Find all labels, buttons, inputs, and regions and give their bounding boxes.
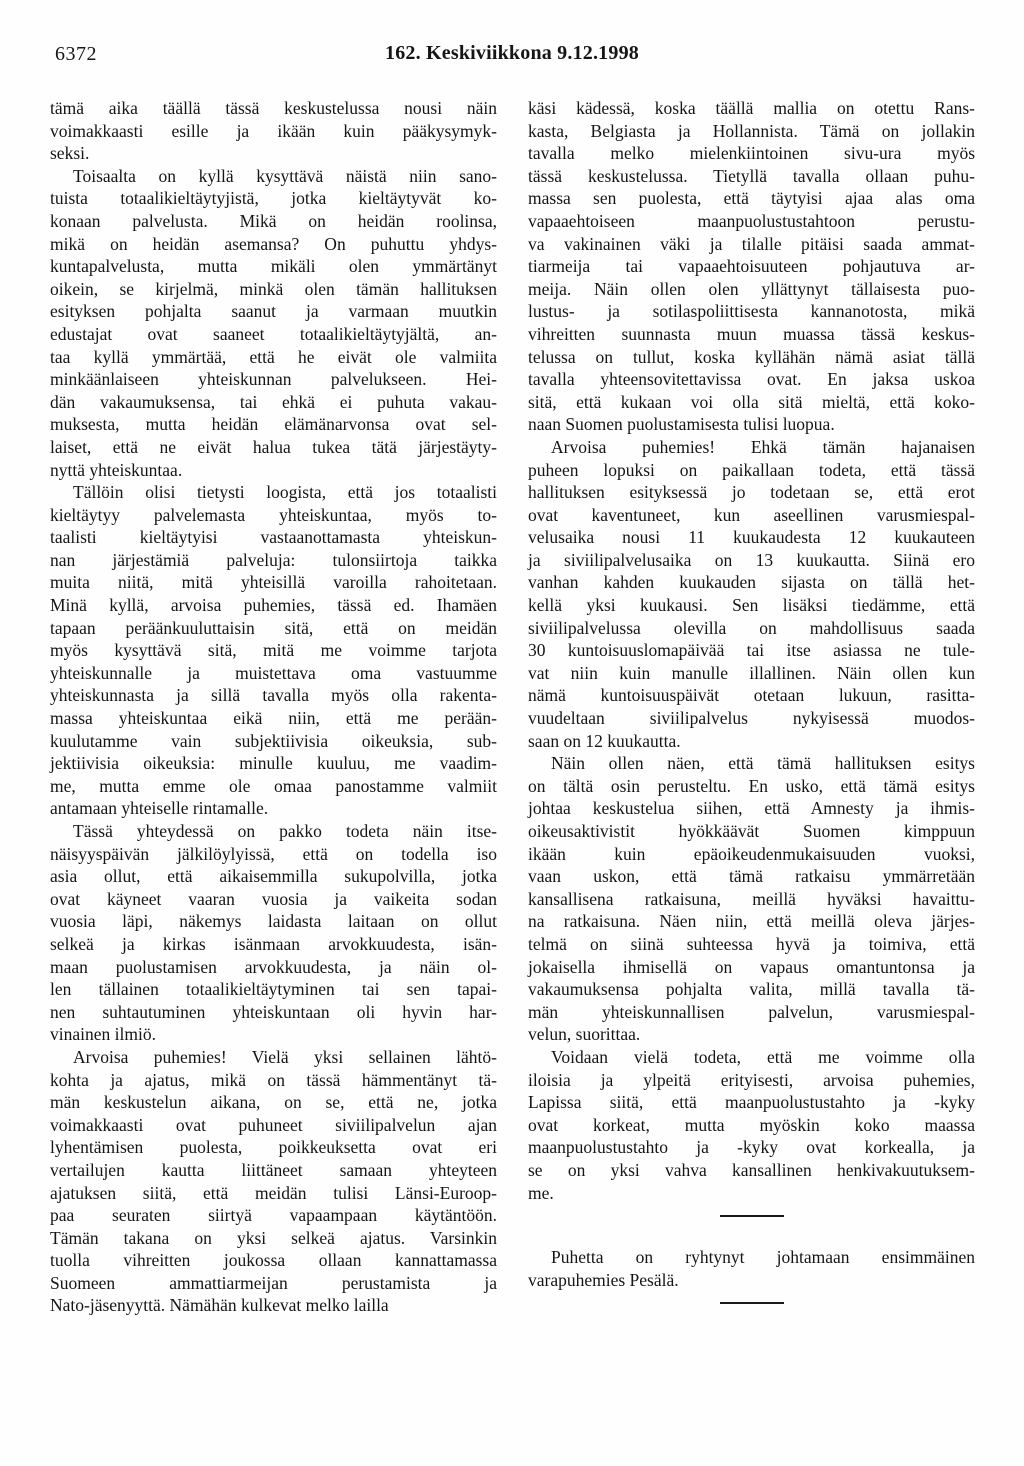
text-line: kellä yksi kuukausi. Sen lisäksi tiedämm… — [528, 594, 975, 617]
text-line: jokaisella ihmisellä on vapaus omantunto… — [528, 956, 975, 979]
text-line: taa kyllä ymmärtää, että he eivät ole va… — [50, 346, 497, 369]
text-line: massa yhteiskuntaa eikä niin, että me pe… — [50, 707, 497, 730]
left-text-column: tämä aika täällä tässä keskustelussa nou… — [50, 97, 497, 1317]
speech-paragraph: Voidaan vielä todeta, että me voimme oll… — [528, 1046, 975, 1204]
text-line: kieltäytyy palvelemasta yhteiskuntaa, my… — [50, 504, 497, 527]
text-line: konaan palvelusta. Mikä on heidän roolin… — [50, 210, 497, 233]
text-line: sitä, että kukaan voi olla sitä mieltä, … — [528, 391, 975, 414]
text-line: naan Suomen puolustamisesta tulisi luopu… — [528, 413, 975, 436]
text-line: yhteiskunnasta ja sillä tavalla myös oll… — [50, 684, 497, 707]
text-line: oikeusaktivistit hyökkäävät Suomen kimpp… — [528, 820, 975, 843]
text-line: maan puolustamisen arvokkuudesta, ja näi… — [50, 956, 497, 979]
document-page: 6372 162. Keskiviikkona 9.12.1998 tämä a… — [0, 0, 1024, 1466]
text-line: Lapissa siitä, että maanpuolustustahto j… — [528, 1091, 975, 1114]
text-line: tässä keskustelussa. Tietyllä tavalla ol… — [528, 165, 975, 188]
text-line: näisyyspäivän jälkilöylyissä, että on to… — [50, 843, 497, 866]
page-number: 6372 — [55, 43, 97, 66]
text-line: ikään kuin epäoikeudenmukaisuuden vuoksi… — [528, 843, 975, 866]
text-line: nan järjestämiä palveluja: tulonsiirtoja… — [50, 549, 497, 572]
text-line: meija. Näin ollen olen yllättynyt tällai… — [528, 278, 975, 301]
text-line: muita niitä, mitä yhteisillä varoilla ra… — [50, 571, 497, 594]
text-line: vanhan kahden kuukauden sijasta on tällä… — [528, 571, 975, 594]
text-line: lustus- ja sotilaspoliittisesta kannanot… — [528, 300, 975, 323]
text-line: ovat kaventuneet, kun aseellinen varusmi… — [528, 504, 975, 527]
text-line: kuulutamme vain subjektiivisia oikeuksia… — [50, 730, 497, 753]
text-line: on tältä osin perusteltu. En usko, että … — [528, 775, 975, 798]
divider-line — [720, 1215, 784, 1217]
text-line: vinainen ilmiö. — [50, 1023, 497, 1046]
text-line: kuntapalvelusta, mutta mikäli olen ymmär… — [50, 255, 497, 278]
text-line: kansallisena ratkaisuna, meillä hyväksi … — [528, 888, 975, 911]
text-line: Tässä yhteydessä on pakko todeta näin it… — [50, 820, 497, 843]
text-line: tiarmeija tai vapaaehtoisuuteen pohjautu… — [528, 255, 975, 278]
speech-paragraph: Toisaalta on kyllä kysyttävä näistä niin… — [50, 165, 497, 481]
text-line: nämä kuntoisuuspäivät otetaan lukuun, ra… — [528, 684, 975, 707]
text-line: asia ollut, että aikaisemmilla sukupolvi… — [50, 865, 497, 888]
text-line: kohta ja ajatus, mikä on tässä hämmentän… — [50, 1069, 497, 1092]
text-line: oikein, se kirjelmä, minkä olen tämän ha… — [50, 278, 497, 301]
text-line: vuosia läpi, näkemys laidasta laitaan on… — [50, 910, 497, 933]
text-line: massa sen puolesta, että täytyisi ajaa a… — [528, 187, 975, 210]
text-line: antamaan yhteiselle rintamalle. — [50, 797, 497, 820]
text-line: na ratkaisuna. Näen niin, että meillä ol… — [528, 910, 975, 933]
text-line: muksesta, mutta heidän elämänarvonsa ova… — [50, 413, 497, 436]
text-line: maanpuolustustahto ja -kyky ovat korkeal… — [528, 1136, 975, 1159]
text-line: Näin ollen näen, että tämä hallituksen e… — [528, 752, 975, 775]
text-line: johtaa keskustelua siihen, että Amnesty … — [528, 797, 975, 820]
text-line: tavalla melko mielenkiintoinen sivu-ura … — [528, 142, 975, 165]
speech-paragraph: käsi kädessä, koska täällä mallia on ote… — [528, 97, 975, 436]
text-line: edustajat ovat saaneet totaalikieltäytyj… — [50, 323, 497, 346]
text-line: käsi kädessä, koska täällä mallia on ote… — [528, 97, 975, 120]
text-line: vihreitten suunnasta muun muassa tässä k… — [528, 323, 975, 346]
text-line: esityksen pohjalta saanut ja varmaan muu… — [50, 300, 497, 323]
right-text-column: käsi kädessä, koska täällä mallia on ote… — [528, 97, 975, 1317]
text-line: vertailujen kautta liittäneet samaan yht… — [50, 1159, 497, 1182]
text-line: tavalla yhteensovitettavissa ovat. En ja… — [528, 368, 975, 391]
text-columns: tämä aika täällä tässä keskustelussa nou… — [50, 97, 975, 1317]
text-line: Arvoisa puhemies! Vielä yksi sellainen l… — [50, 1046, 497, 1069]
text-line: laiset, että ne eivät halua tukea tätä j… — [50, 436, 497, 459]
text-line: taalisti kieltäytyisi vastaanottamasta y… — [50, 526, 497, 549]
text-line: 30 kuntoisuuslomapäivää tai itse asiassa… — [528, 639, 975, 662]
text-line: saan on 12 kuukautta. — [528, 730, 975, 753]
text-line: Minä kyllä, arvoisa puhemies, tässä ed. … — [50, 594, 497, 617]
text-line: varapuhemies Pesälä. — [528, 1269, 975, 1292]
text-line: velun, suorittaa. — [528, 1023, 975, 1046]
page-header: 6372 162. Keskiviikkona 9.12.1998 — [0, 42, 1024, 68]
text-line: vat niin kuin manulle illallinen. Näin o… — [528, 662, 975, 685]
section-divider — [528, 1297, 975, 1309]
speech-paragraph: Tässä yhteydessä on pakko todeta näin it… — [50, 820, 497, 1046]
speech-paragraph: Näin ollen näen, että tämä hallituksen e… — [528, 752, 975, 1046]
text-line: len tällainen totaalikieltäytyminen tai … — [50, 978, 497, 1001]
divider-line — [720, 1302, 784, 1304]
text-line: minkäänlaiseen yhteiskunnan palvelukseen… — [50, 368, 497, 391]
text-line: voimakkaasti esille ja ikään kuin pääkys… — [50, 120, 497, 143]
chair-announcement: Puhetta on ryhtynyt johtamaan ensimmäine… — [528, 1246, 975, 1291]
text-line: telmä on siinä suhteessa hyvä ja toimiva… — [528, 933, 975, 956]
text-line: seksi. — [50, 142, 497, 165]
text-line: vapaaehtoiseen maanpuolustustahtoon peru… — [528, 210, 975, 233]
text-line: puheen lopuksi on paikallaan todeta, ett… — [528, 459, 975, 482]
text-line: yhteiskunnalle ja muistettava oma vastuu… — [50, 662, 497, 685]
text-line: vuudeltaan siviilipalvelus nykyisessä mu… — [528, 707, 975, 730]
text-line: tuolla vihreitten joukossa ollaan kannat… — [50, 1249, 497, 1272]
text-line: kasta, Belgiasta ja Hollannista. Tämä on… — [528, 120, 975, 143]
text-line: voimakkaasti ovat puhuneet siviilipalvel… — [50, 1114, 497, 1137]
speech-paragraph: Tällöin olisi tietysti loogista, että jo… — [50, 481, 497, 820]
text-line: ajatuksen siitä, että meidän tulisi Läns… — [50, 1182, 497, 1205]
text-line: vakaumuksensa pohjalta valita, millä tav… — [528, 978, 975, 1001]
section-divider — [528, 1210, 975, 1222]
text-line: ovat käyneet vaaran vuosia ja vaikeita s… — [50, 888, 497, 911]
speech-paragraph: tämä aika täällä tässä keskustelussa nou… — [50, 97, 497, 165]
text-line: selkeä ja kirkas isänmaan arvokkuudesta,… — [50, 933, 497, 956]
text-line: ovat korkeat, mutta myöskin koko maassa — [528, 1114, 975, 1137]
text-line: Arvoisa puhemies! Ehkä tämän hajanaisen — [528, 436, 975, 459]
text-line: myös kysyttävä sitä, mitä me voimme tarj… — [50, 639, 497, 662]
text-line: jektiivisia oikeuksia: minulle kuuluu, m… — [50, 752, 497, 775]
text-line: vaan uskon, että tämä ratkaisu ymmärretä… — [528, 865, 975, 888]
text-line: nen suhtautuminen yhteiskuntaan oli hyvi… — [50, 1001, 497, 1024]
text-line: va vakinainen väki ja tilalle pitäisi sa… — [528, 233, 975, 256]
text-line: Voidaan vielä todeta, että me voimme oll… — [528, 1046, 975, 1069]
text-line: Puhetta on ryhtynyt johtamaan ensimmäine… — [528, 1246, 975, 1269]
text-line: Tällöin olisi tietysti loogista, että jo… — [50, 481, 497, 504]
text-line: hallituksen esityksessä jo todetaan se, … — [528, 481, 975, 504]
text-line: lyhentämisen puolesta, poikkeuksetta ova… — [50, 1136, 497, 1159]
text-line: män keskustelun aikana, on se, että ne, … — [50, 1091, 497, 1114]
text-line: Toisaalta on kyllä kysyttävä näistä niin… — [50, 165, 497, 188]
text-line: ja siviilipalvelusaika on 13 kuukautta. … — [528, 549, 975, 572]
text-line: telussa on tullut, koska kyllähän nämä a… — [528, 346, 975, 369]
session-title: 162. Keskiviikkona 9.12.1998 — [0, 42, 1024, 65]
text-line: män yhteiskunnallisen palvelun, varusmie… — [528, 1001, 975, 1024]
text-line: Suomeen ammattiarmeijan perustamista ja — [50, 1272, 497, 1295]
text-line: tuista totaalikieltäytyjistä, jotka kiel… — [50, 187, 497, 210]
text-line: mikä on heidän asemansa? On puhuttu yhdy… — [50, 233, 497, 256]
text-line: me, mutta emme ole omaa panostamme valmi… — [50, 775, 497, 798]
speech-paragraph: Arvoisa puhemies! Ehkä tämän hajanaisenp… — [528, 436, 975, 752]
text-line: nyttä yhteiskuntaa. — [50, 459, 497, 482]
speech-paragraph: Arvoisa puhemies! Vielä yksi sellainen l… — [50, 1046, 497, 1317]
text-line: se on yksi vahva kansallinen henkivakuut… — [528, 1159, 975, 1182]
text-line: me. — [528, 1182, 975, 1205]
text-line: Nato-jäsenyyttä. Nämähän kulkevat melko … — [50, 1294, 497, 1317]
text-line: iloisia ja ylpeitä erityisesti, arvoisa … — [528, 1069, 975, 1092]
text-line: paa seuraten siirtyä vapaampaan käytäntö… — [50, 1204, 497, 1227]
text-line: tämä aika täällä tässä keskustelussa nou… — [50, 97, 497, 120]
text-line: siviilipalvelussa olevilla on mahdollisu… — [528, 617, 975, 640]
text-line: dän vakaumuksensa, tai ehkä ei puhuta va… — [50, 391, 497, 414]
text-line: tapaan peräänkuuluttaisin sitä, että on … — [50, 617, 497, 640]
text-line: velusaika nousi 11 kuukaudesta 12 kuukau… — [528, 526, 975, 549]
text-line: Tämän takana on yksi selkeä ajatus. Vars… — [50, 1227, 497, 1250]
